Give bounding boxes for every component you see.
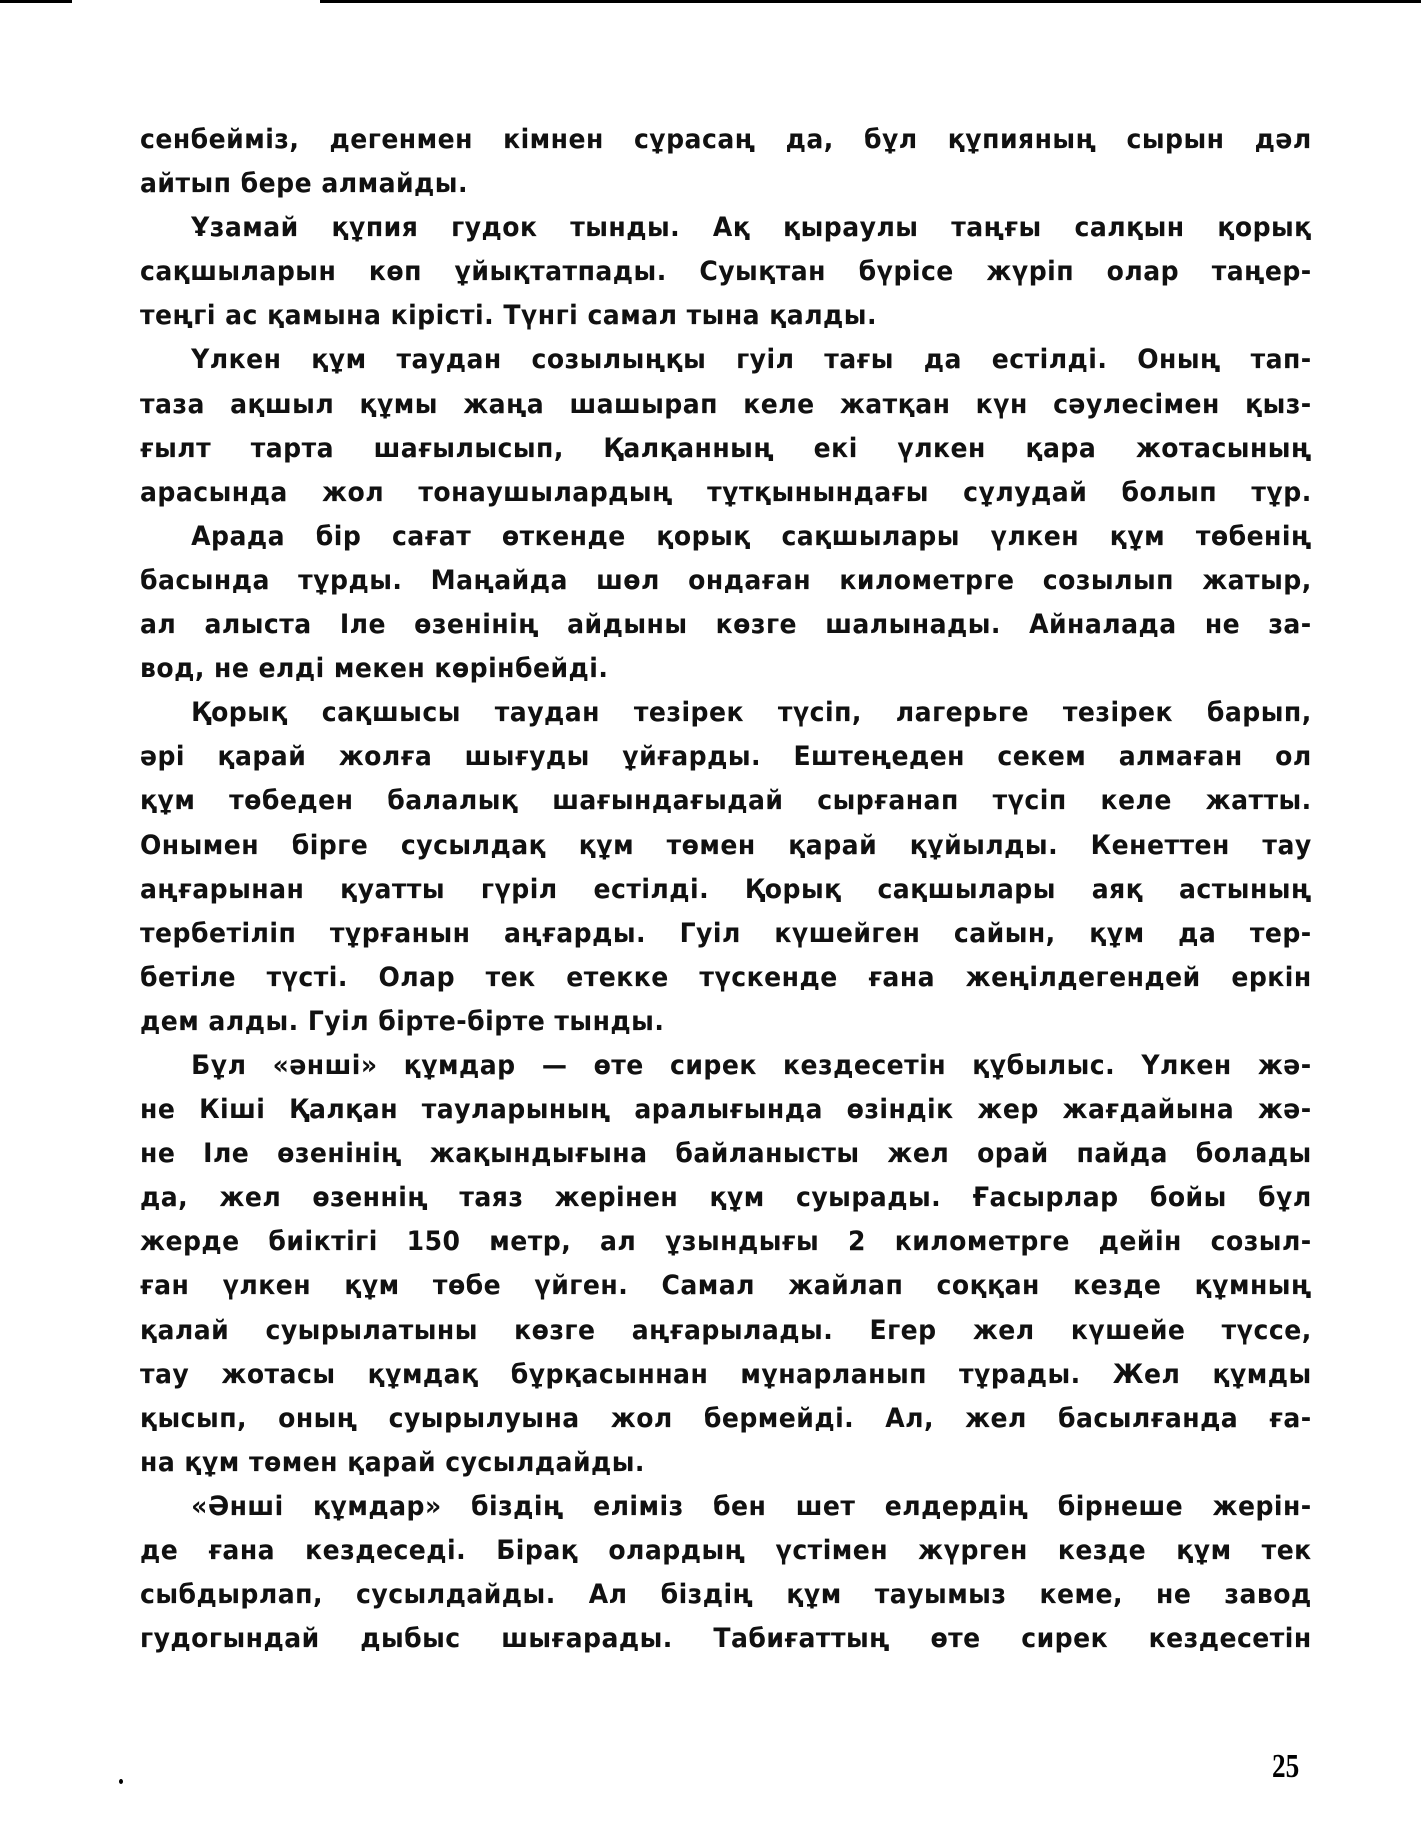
top-edge-rule-right [320, 0, 1421, 3]
text-line: не Іле өзенінің жақындығына байланысты ж… [140, 1132, 1312, 1176]
text-line: әрі қарай жолға шығуды ұйғарды. Ештеңеде… [140, 735, 1312, 779]
scan-speck [119, 1779, 123, 1784]
text-line: гудогындай дыбыс шығарады. Табиғаттың өт… [140, 1617, 1312, 1661]
text-line: Қорық сақшысы таудан тезірек түсіп, лаге… [140, 691, 1312, 735]
text-line: сыбдырлап, сусылдайды. Ал біздің құм тау… [140, 1573, 1312, 1617]
text-line: Үлкен құм таудан созылыңқы гуіл тағы да … [140, 338, 1312, 382]
text-line: арасында жол тонаушылардың тұтқынындағы … [140, 471, 1312, 515]
text-line: сақшыларын көп ұйықтатпады. Суықтан бүрі… [140, 250, 1312, 294]
text-line: жерде биіктігі 150 метр, ал ұзындығы 2 к… [140, 1220, 1312, 1264]
text-line: ғылт тарта шағылысып, Қалқанның екі үлке… [140, 427, 1312, 471]
text-line: құм төбеден балалық шағындағыдай сырғана… [140, 779, 1312, 823]
text-line: қысып, оның суырылуына жол бермейді. Ал,… [140, 1397, 1312, 1441]
text-line: ал алыста Іле өзенінің айдыны көзге шалы… [140, 603, 1312, 647]
text-line: на құм төмен қарай сусылдайды. [140, 1441, 1312, 1485]
text-line: «Әнші құмдар» біздің еліміз бен шет елде… [140, 1485, 1312, 1529]
text-line: вод, не елді мекен көрінбейді. [140, 647, 1312, 691]
text-line: аңғарынан қуатты гүріл естілді. Қорық са… [140, 868, 1312, 912]
text-line: сенбейміз, дегенмен кімнен сұрасаң да, б… [140, 118, 1312, 162]
text-line: де ғана кездеседі. Бірақ олардың үстімен… [140, 1529, 1312, 1573]
text-line: ған үлкен құм төбе үйген. Самал жайлап с… [140, 1264, 1312, 1308]
text-line: бетіле түсті. Олар тек етекке түскенде ғ… [140, 956, 1312, 1000]
text-line: таза ақшыл құмы жаңа шашырап келе жатқан… [140, 383, 1312, 427]
text-line: Ұзамай құпия гудок тынды. Ақ қыраулы таң… [140, 206, 1312, 250]
top-edge-rule-left [0, 0, 72, 3]
text-line: не Кіші Қалқан тауларының аралығында өзі… [140, 1088, 1312, 1132]
text-line: басында тұрды. Маңайда шөл ондаған килом… [140, 559, 1312, 603]
text-line: Арада бір сағат өткенде қорық сақшылары … [140, 515, 1312, 559]
text-line: да, жел өзеннің таяз жерінен құм суырады… [140, 1176, 1312, 1220]
text-line: тау жотасы құмдақ бұрқасыннан мұнарланып… [140, 1353, 1312, 1397]
page-body-text: сенбейміз, дегенмен кімнен сұрасаң да, б… [140, 118, 1312, 1661]
text-line: дем алды. Гуіл бірте-бірте тынды. [140, 1000, 1312, 1044]
text-line: тербетіліп тұрғанын аңғарды. Гуіл күшейг… [140, 912, 1312, 956]
text-line: айтып бере алмайды. [140, 162, 1312, 206]
text-line: Онымен бірге сусылдақ құм төмен қарай құ… [140, 824, 1312, 868]
page-number: 25 [1272, 1748, 1299, 1786]
text-line: қалай суырылатыны көзге аңғарылады. Егер… [140, 1309, 1312, 1353]
text-line: теңгі ас қамына кірісті. Түнгі самал тын… [140, 294, 1312, 338]
text-line: Бұл «әнші» құмдар — өте сирек кездесетін… [140, 1044, 1312, 1088]
